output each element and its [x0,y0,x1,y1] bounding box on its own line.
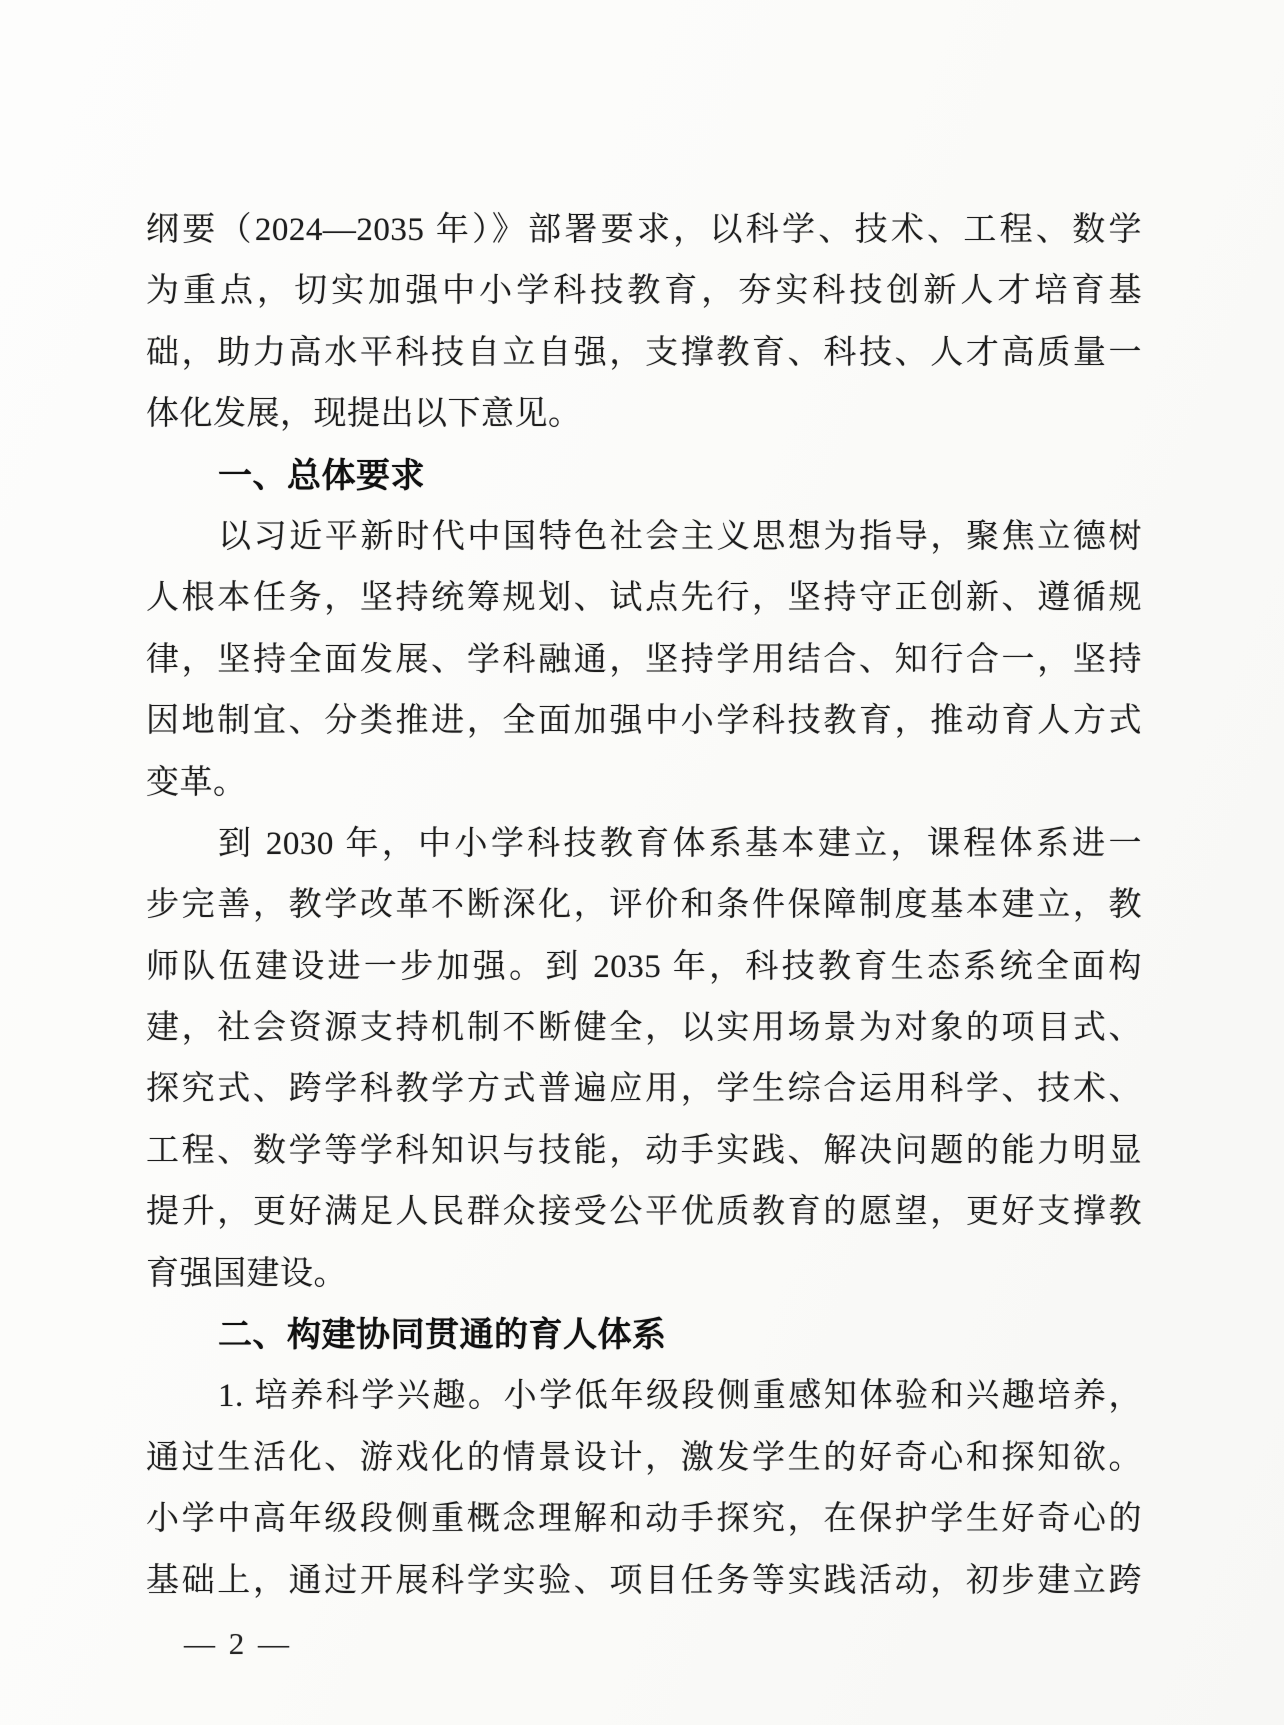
page-number: — 2 — [184,1626,292,1662]
body-text-line: 变革。 [146,753,1142,814]
body-text-line: 育强国建设。 [146,1244,1142,1305]
body-text-line: 律，坚持全面发展、学科融通，坚持学用结合、知行合一，坚持 [146,630,1142,691]
body-text-line: 以习近平新时代中国特色社会主义思想为指导，聚焦立德树 [146,507,1142,568]
body-text-line: 人根本任务，坚持统筹规划、试点先行，坚持守正创新、遵循规 [146,568,1142,629]
body-text-line: 步完善，教学改革不断深化，评价和条件保障制度基本建立，教 [146,875,1142,936]
body-text-line: 到 2030 年，中小学科技教育体系基本建立，课程体系进一 [146,814,1142,875]
scanned-document-page: 纲要（2024—2035 年）》部署要求，以科学、技术、工程、数学为重点，切实加… [0,0,1284,1725]
body-text-line: 基础上，通过开展科学实验、项目任务等实践活动，初步建立跨 [146,1551,1142,1612]
body-text-line: 因地制宜、分类推进，全面加强中小学科技教育，推动育人方式 [146,691,1142,752]
body-text-line: 础，助力高水平科技自立自强，支撑教育、科技、人才高质量一 [146,323,1142,384]
document-text: 纲要（2024—2035 年）》部署要求，以科学、技术、工程、数学为重点，切实加… [146,200,1142,1612]
body-text-line: 1. 培养科学兴趣。小学低年级段侧重感知体验和兴趣培养， [146,1366,1142,1427]
body-text-line: 探究式、跨学科教学方式普遍应用，学生综合运用科学、技术、 [146,1059,1142,1120]
body-text-line: 工程、数学等学科知识与技能，动手实践、解决问题的能力明显 [146,1121,1142,1182]
body-text-line: 体化发展，现提出以下意见。 [146,384,1142,445]
section-heading: 二、构建协同贯通的育人体系 [146,1305,1142,1366]
body-text-line: 小学中高年级段侧重概念理解和动手探究，在保护学生好奇心的 [146,1489,1142,1550]
body-text-line: 为重点，切实加强中小学科技教育，夯实科技创新人才培育基 [146,261,1142,322]
body-text-line: 通过生活化、游戏化的情景设计，激发学生的好奇心和探知欲。 [146,1428,1142,1489]
body-text-line: 提升，更好满足人民群众接受公平优质教育的愿望，更好支撑教 [146,1182,1142,1243]
body-text-line: 师队伍建设进一步加强。到 2035 年，科技教育生态系统全面构 [146,937,1142,998]
body-text-line: 纲要（2024—2035 年）》部署要求，以科学、技术、工程、数学 [146,200,1142,261]
body-text-line: 建，社会资源支持机制不断健全，以实用场景为对象的项目式、 [146,998,1142,1059]
section-heading: 一、总体要求 [146,446,1142,507]
